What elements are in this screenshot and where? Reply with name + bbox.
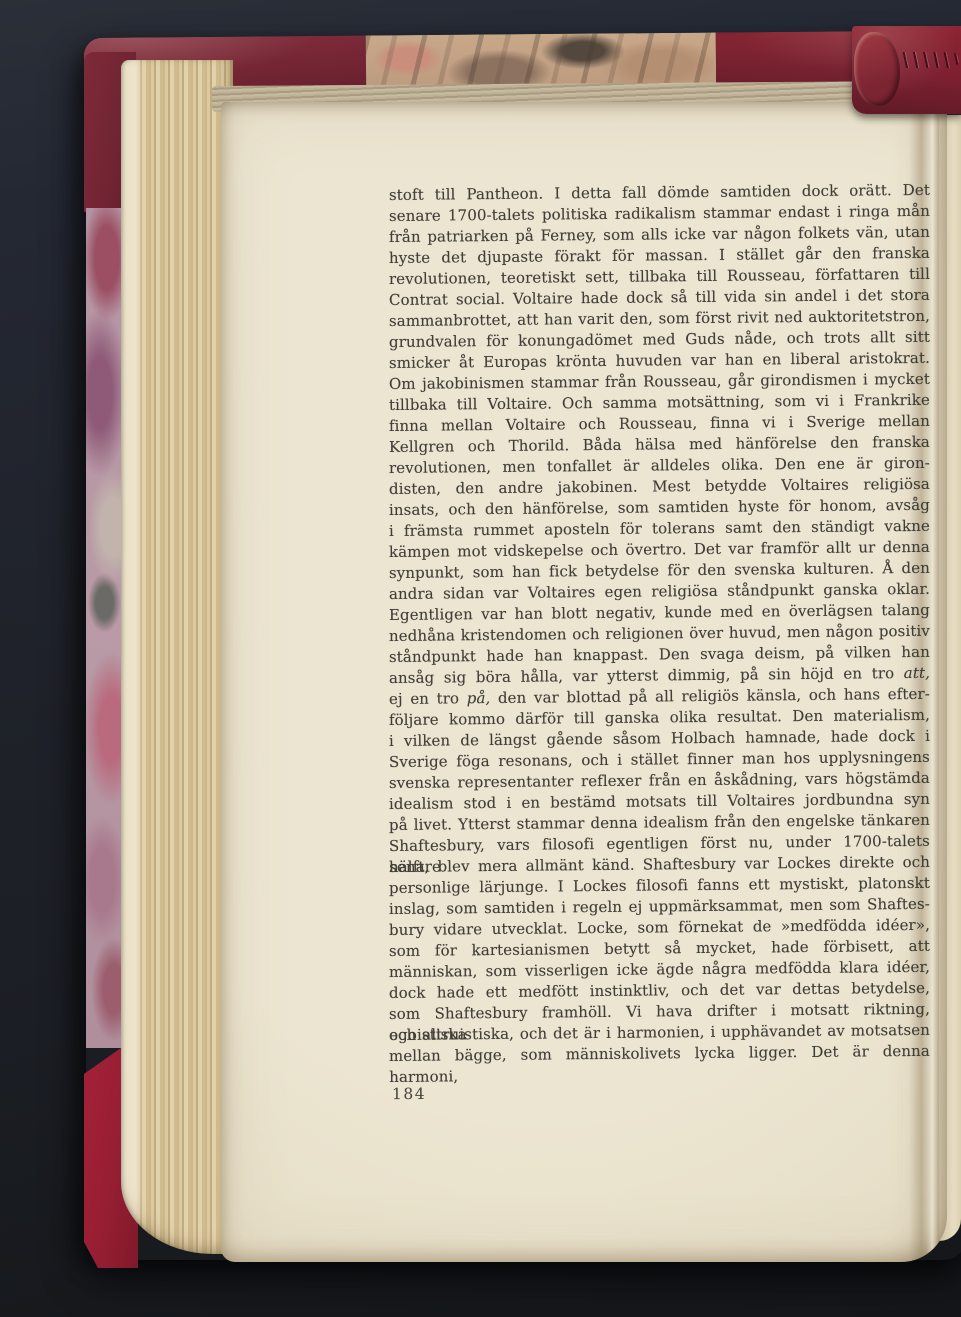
text-line: mellan bägge, som människolivets lycka l… [389,1041,930,1067]
spine-headcap-leather [852,26,961,114]
book-page: stoft till Pantheon. I detta fall dömde … [221,102,947,1262]
fore-edge-page-stack [121,60,233,1254]
page-text: stoft till Pantheon. I detta fall dömde … [389,185,930,1067]
book-photo: stoft till Pantheon. I detta fall dömde … [0,0,961,1317]
leather-flap [854,32,900,106]
page-number: 184 [392,1085,426,1103]
